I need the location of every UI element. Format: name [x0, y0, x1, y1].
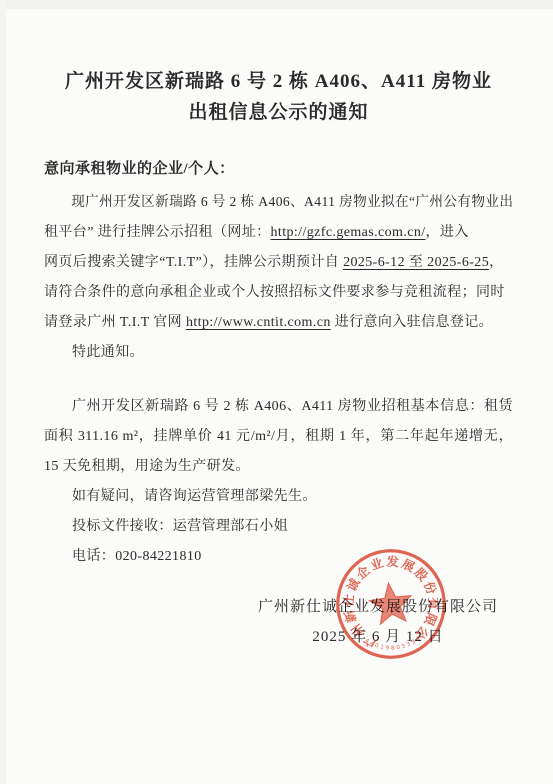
paragraph-basic-info: 广州开发区新瑞路 6 号 2 栋 A406、A411 房物业招租基本信息：租赁面…	[44, 392, 513, 482]
p1-line: 网页后搜索关键字“T.I.T”），挂牌公示期预计自 2025-6-12 至 20…	[44, 248, 513, 278]
paragraph-bid-reception: 投标文件接收：运营管理部石小姐	[44, 512, 513, 542]
p1-text-segment: ，	[489, 255, 503, 270]
paragraph-hereby-notice: 特此通知。	[44, 338, 513, 368]
notice-title-line2: 出租信息公示的通知	[44, 97, 513, 128]
company-seal-stamp: 广州新仕诚企业发展股份有限公司 4401980339422	[327, 540, 454, 667]
notice-title: 广州开发区新瑞路 6 号 2 栋 A406、A411 房物业 出租信息公示的通知	[44, 66, 513, 128]
p1-underlined-segment: http://gzfc.gemas.com.cn/	[271, 225, 426, 240]
p1-text-segment: 现广州开发区新瑞路 6 号 2 栋 A406、A411 房物业拟在“广州公有物业…	[71, 195, 513, 210]
p1-text-segment: 请登录广州 T.I.T 官网	[44, 315, 186, 330]
p1-text-segment: 租平台” 进行挂牌公示招租（网址：	[44, 225, 271, 240]
p1-underlined-segment: http://www.cntit.com.cn	[186, 315, 331, 330]
seal-star-icon	[368, 581, 414, 625]
p1-line: 现广州开发区新瑞路 6 号 2 栋 A406、A411 房物业拟在“广州公有物业…	[44, 188, 499, 218]
p1-line: 租平台” 进行挂牌公示招租（网址：http://gzfc.gemas.com.c…	[44, 218, 513, 248]
p1-line: 请登录广州 T.I.T 官网 http://www.cntit.com.cn 进…	[44, 308, 513, 338]
scan-edge-left	[0, 0, 6, 784]
salutation: 意向承租物业的企业/个人：	[44, 158, 513, 180]
p1-text-segment: ，进入	[426, 225, 469, 240]
notice-title-line1: 广州开发区新瑞路 6 号 2 栋 A406、A411 房物业	[44, 66, 513, 97]
scanned-notice-page: 广州开发区新瑞路 6 号 2 栋 A406、A411 房物业 出租信息公示的通知…	[0, 0, 553, 784]
p1-text-segment: 进行意向入驻信息登记。	[331, 315, 493, 330]
p1-line: 请符合条件的意向承租企业或个人按照招标文件要求参与竞租流程；同时	[44, 278, 513, 308]
scan-edge-top	[0, 0, 553, 9]
p1-text-segment: 网页后搜索关键字“T.I.T”），挂牌公示期预计自	[44, 255, 343, 270]
paragraph-platform-info: 现广州开发区新瑞路 6 号 2 栋 A406、A411 房物业拟在“广州公有物业…	[44, 188, 513, 338]
p1-text-segment: 请符合条件的意向承租企业或个人按照招标文件要求参与竞租流程；同时	[44, 285, 505, 300]
paragraph-contact-liang: 如有疑问，请咨询运营管理部梁先生。	[44, 482, 513, 512]
p1-underlined-segment: 2025-6-12 至 2025-6-25	[343, 255, 489, 270]
